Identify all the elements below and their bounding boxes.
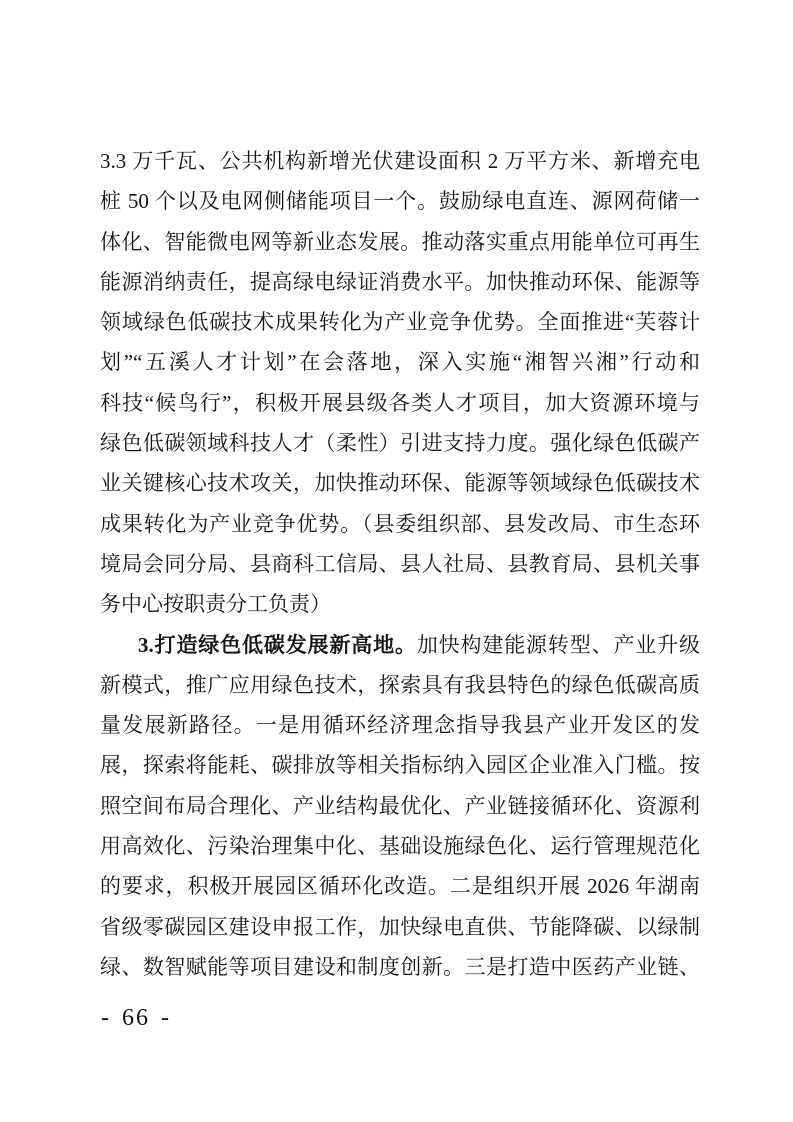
document-page: 3.3 万千瓦、公共机构新增光伏建设面积 2 万平方米、新增充电 桩 50 个以…: [0, 0, 793, 1122]
text-line: 务中心按职责分工负责）: [100, 584, 700, 624]
text-line: 3.3 万千瓦、公共机构新增光伏建设面积 2 万平方米、新增充电: [100, 141, 700, 181]
paragraph-continued: 3.3 万千瓦、公共机构新增光伏建设面积 2 万平方米、新增充电 桩 50 个以…: [100, 141, 700, 625]
text-line: 能源消纳责任，提高绿电绿证消费水平。加快推动环保、能源等: [100, 262, 700, 302]
text-line: 业关键核心技术攻关，加快推动环保、能源等领域绿色低碳技术: [100, 463, 700, 503]
text-line: 绿、数智赋能等项目建设和制度创新。三是打造中医药产业链、: [100, 947, 700, 987]
section-heading-bold: 3.打造绿色低碳发展新高地。: [138, 633, 417, 657]
text-line: 省级零碳园区建设申报工作，加快绿电直供、节能降碳、以绿制: [100, 907, 700, 947]
text-line: 新模式，推广应用绿色技术，探索具有我县特色的绿色低碳高质: [100, 665, 700, 705]
text-line: 用高效化、污染治理集中化、基础设施绿色化、运行管理规范化: [100, 826, 700, 866]
text-line: 桩 50 个以及电网侧储能项目一个。鼓励绿电直连、源网荷储一: [100, 181, 700, 221]
text-line: 划”“五溪人才计划”在会落地，深入实施“湘智兴湘”行动和: [100, 342, 700, 382]
body-text: 3.3 万千瓦、公共机构新增光伏建设面积 2 万平方米、新增充电 桩 50 个以…: [100, 141, 700, 987]
text-line: 绿色低碳领域科技人才（柔性）引进支持力度。强化绿色低碳产: [100, 423, 700, 463]
page-number: - 66 -: [101, 1003, 171, 1033]
text-line: 的要求，积极开展园区循环化改造。二是组织开展 2026 年湖南: [100, 866, 700, 906]
text-line: 体化、智能微电网等新业态发展。推动落实重点用能单位可再生: [100, 222, 700, 262]
text-line: 照空间布局合理化、产业结构最优化、产业链接循环化、资源利: [100, 786, 700, 826]
paragraph-item-3: 3.打造绿色低碳发展新高地。加快构建能源转型、产业升级 新模式，推广应用绿色技术…: [100, 625, 700, 988]
text-line: 领域绿色低碳技术成果转化为产业竞争优势。全面推进“芙蓉计: [100, 302, 700, 342]
heading-line-rest: 加快构建能源转型、产业升级: [417, 633, 700, 657]
text-line: 量发展新路径。一是用循环经济理念指导我县产业开发区的发: [100, 705, 700, 745]
text-line: 3.打造绿色低碳发展新高地。加快构建能源转型、产业升级: [100, 625, 700, 665]
text-line: 展，探索将能耗、碳排放等相关指标纳入园区企业准入门槛。按: [100, 745, 700, 785]
text-line: 境局会同分局、县商科工信局、县人社局、县教育局、县机关事: [100, 544, 700, 584]
text-line: 科技“候鸟行”，积极开展县级各类人才项目，加大资源环境与: [100, 383, 700, 423]
text-line: 成果转化为产业竞争优势。（县委组织部、县发改局、市生态环: [100, 504, 700, 544]
